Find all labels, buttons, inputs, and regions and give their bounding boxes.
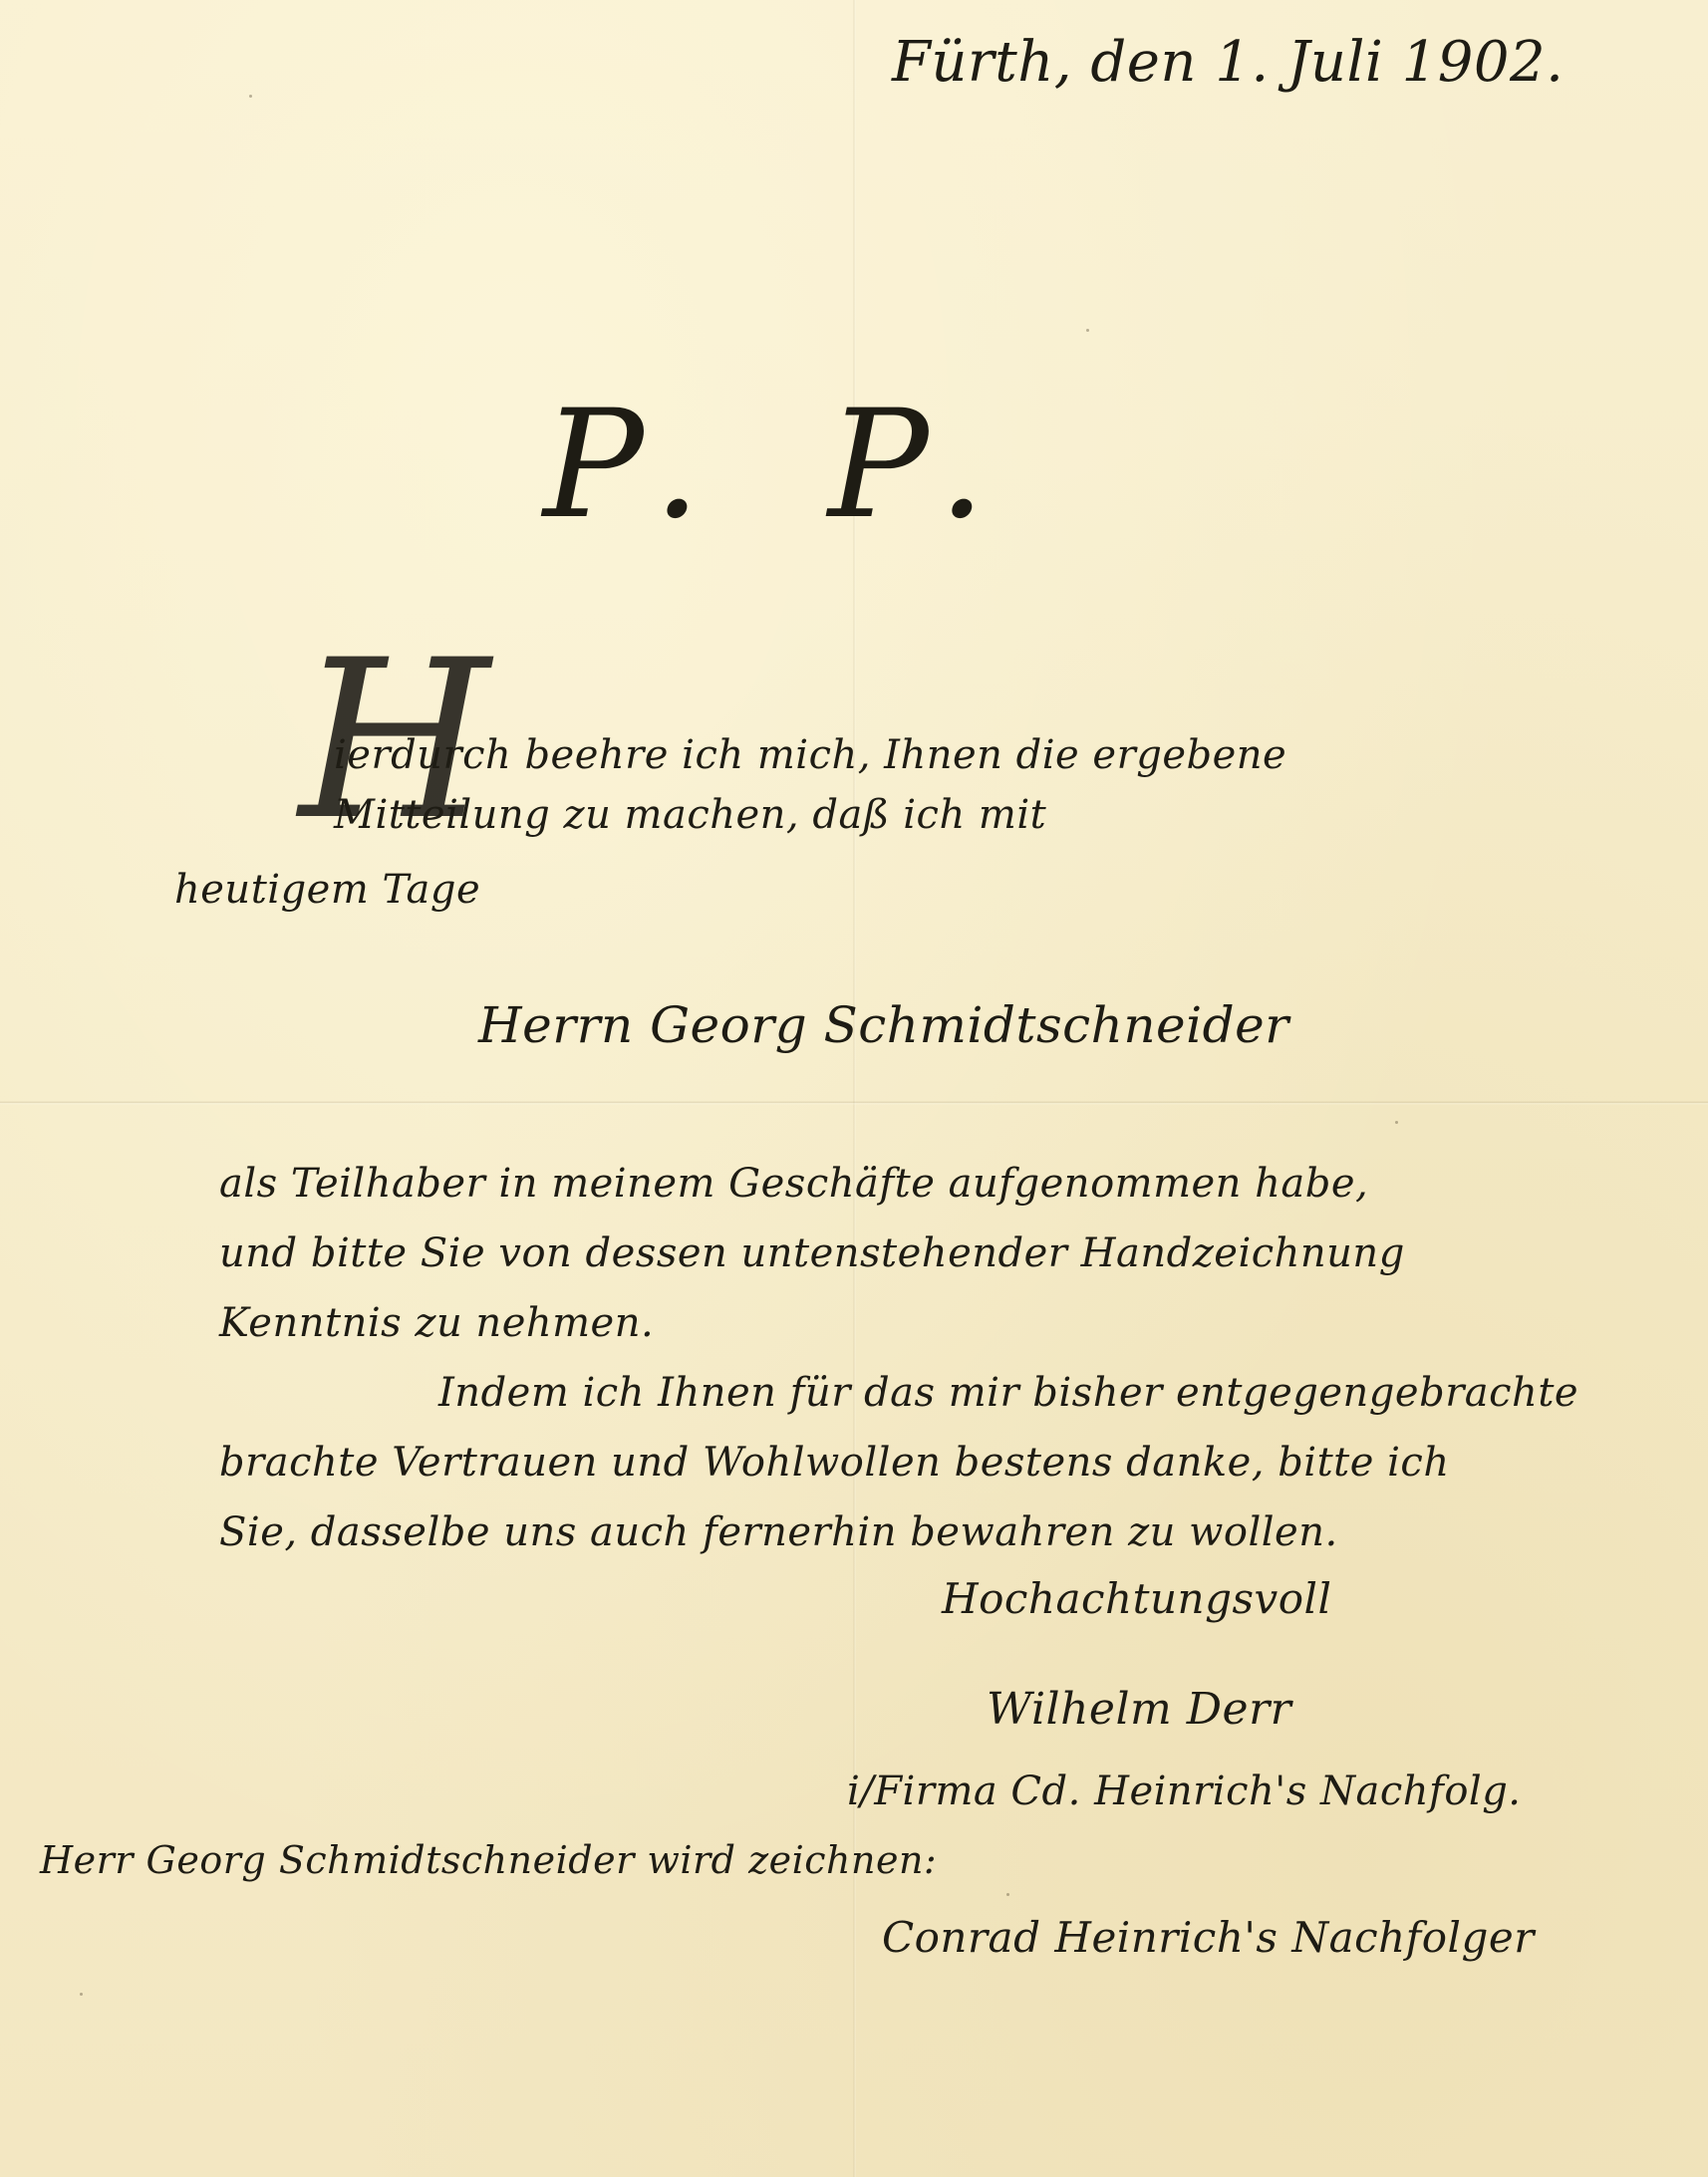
company-signature: Conrad Heinrich's Nachfolger [882, 1913, 1535, 1962]
body-line-3: heutigem Tage [174, 867, 480, 913]
body-line-4: als Teilhaber in meinem Geschäfte aufgen… [219, 1161, 1368, 1207]
paper-speck [249, 95, 252, 98]
salutation-pp: P. P. [543, 379, 1025, 552]
named-partner: Herrn Georg Schmidtschneider [478, 996, 1289, 1054]
body-line-2: Mitteilung zu machen, daß ich mit [334, 792, 1046, 838]
body-line-9: Sie, dasselbe uns auch fernerhin bewahre… [219, 1509, 1338, 1555]
date-line: Fürth, den 1. Juli 1902. [892, 30, 1564, 95]
firm-line: i/Firma Cd. Heinrich's Nachfolg. [847, 1769, 1522, 1814]
signer-name: Wilhelm Derr [987, 1684, 1291, 1735]
horizontal-fold-line [0, 1101, 1708, 1105]
signature-note: Herr Georg Schmidtschneider wird zeichne… [40, 1838, 937, 1882]
paper-speck [80, 1993, 83, 1996]
body-line-1: ierdurch beehre ich mich, Ihnen die erge… [334, 732, 1286, 778]
paper-speck [1086, 329, 1089, 332]
body-line-7: Indem ich Ihnen für das mir bisher entge… [438, 1370, 1578, 1416]
body-line-6: Kenntnis zu nehmen. [219, 1300, 654, 1346]
body-line-5: und bitte Sie von dessen untenstehender … [219, 1230, 1405, 1276]
closing-phrase: Hochachtungsvoll [942, 1574, 1331, 1623]
paper-speck [1395, 1121, 1398, 1124]
body-line-8: brachte Vertrauen und Wohlwollen bestens… [219, 1440, 1450, 1486]
paper-speck [1006, 1893, 1009, 1896]
